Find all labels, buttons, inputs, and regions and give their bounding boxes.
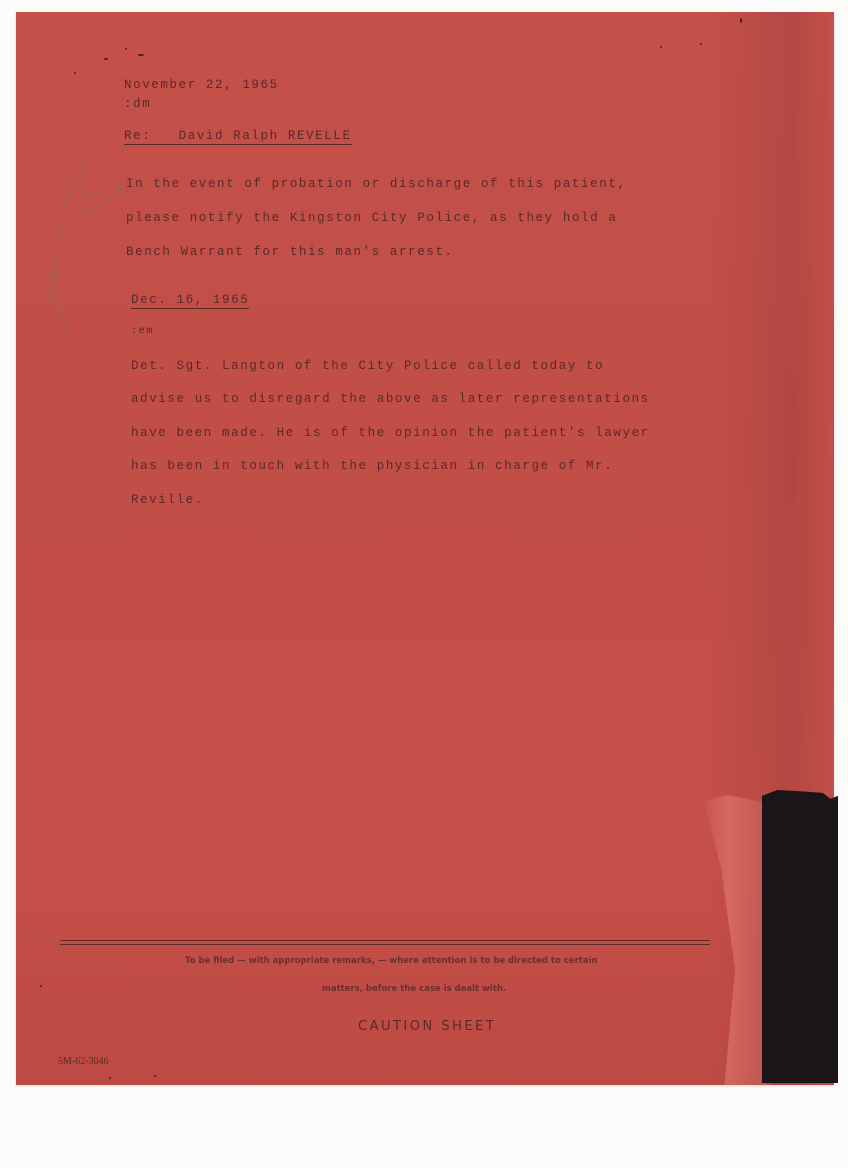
blemish-mark [138, 54, 144, 56]
footer-rule-bottom [60, 944, 710, 945]
blemish-mark [125, 48, 127, 50]
entry1-date: November 22, 1965 [124, 78, 279, 92]
re-label: Re: [124, 129, 151, 143]
blemish-mark [74, 72, 76, 74]
entry1-body-line: In the event of probation or discharge o… [126, 177, 627, 191]
torn-corner-dark-backing [762, 790, 838, 1083]
re-subject: David Ralph REVELLE [179, 129, 352, 143]
entry2-body-line: have been made. He is of the opinion the… [131, 426, 650, 440]
blemish-mark [154, 1075, 156, 1077]
entry2-initials: :em [131, 326, 154, 337]
footer-rule-top [60, 940, 710, 941]
entry2-body-line: Reville. [131, 493, 204, 507]
form-number: 5M-62-3046 [58, 1056, 109, 1067]
entry1-body-line: please notify the Kingston City Police, … [126, 211, 617, 225]
footer-instruction-line2: matters, before the case is dealt with. [322, 984, 506, 994]
blemish-mark [109, 1077, 111, 1079]
caution-sheet-title: CAUTION SHEET [358, 1019, 496, 1034]
margin-arrow-mark [80, 180, 130, 220]
entry2-body-line: has been in touch with the physician in … [131, 459, 613, 473]
blemish-mark [660, 46, 662, 48]
footer-instruction-line1: To be filed — with appropriate remarks, … [185, 956, 598, 966]
blemish-mark [40, 985, 42, 987]
blemish-mark [740, 18, 742, 23]
blemish-mark [104, 58, 108, 60]
entry1-body-line: Bench Warrant for this man's arrest. [126, 245, 454, 259]
entry2-date: Dec. 16, 1965 [131, 293, 249, 309]
entry2-body-line: advise us to disregard the above as late… [131, 392, 650, 406]
blemish-mark [700, 43, 702, 45]
entry1-initials: :dm [124, 97, 151, 111]
entry2-body-line: Det. Sgt. Langton of the City Police cal… [131, 359, 604, 373]
caution-sheet-paper [16, 12, 834, 1085]
entry1-re-line: Re: David Ralph REVELLE [124, 129, 352, 145]
